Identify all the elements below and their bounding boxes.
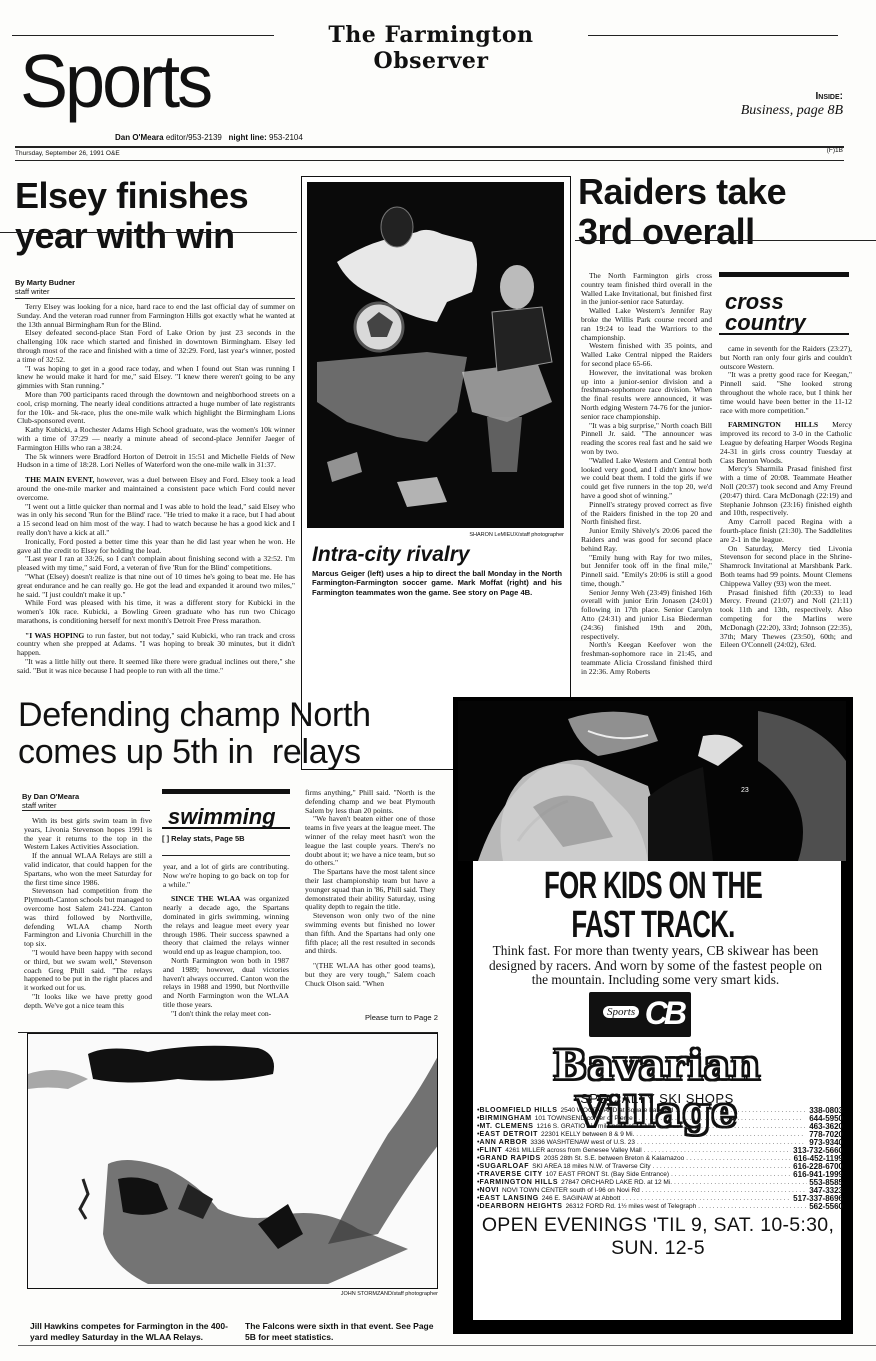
swim-column-3: firms anything," Phill said. "North is t… <box>305 789 435 989</box>
paragraph: While Ford was pleased with his time, it… <box>17 599 295 625</box>
swim-column-2: year, and a lot of girls are contributin… <box>163 863 289 1019</box>
paragraph: The Spartans have the most talent since … <box>305 868 435 912</box>
paragraph: FARMINGTON HILLS Mercy improved its reco… <box>720 421 852 465</box>
paragraph: Terry Elsey was looking for a nice, hard… <box>17 303 295 329</box>
masthead-rule-right <box>588 35 838 36</box>
raiders-column-2: came in seventh for the Raiders (23:27),… <box>720 345 852 650</box>
store-location: •MT. CLEMENS1216 S. GRATIOT ½ mile north… <box>477 1123 843 1131</box>
ad-headline-line1: FOR KIDS ON THE <box>517 867 789 906</box>
sig-word-line1: cross <box>725 291 849 312</box>
continued-on-page-link[interactable]: Please turn to Page 2 <box>305 1013 438 1022</box>
raiders-headline-line2: 3rd overall <box>578 212 868 252</box>
paragraph: "We haven't beaten either one of those t… <box>305 815 435 868</box>
night-line-phone: 953-2104 <box>269 133 303 142</box>
swim-headline-line2: comes up 5th in relays <box>18 734 448 771</box>
page-bottom-rule <box>18 1345 876 1346</box>
ad-copy: Think fast. For more than twenty years, … <box>483 944 828 988</box>
swim-caption-right: The Falcons were sixth in that event. Se… <box>245 1321 440 1343</box>
paragraph: "I WAS HOPING to run faster, but not tod… <box>17 632 295 658</box>
cb-logo-script: Sports <box>603 1006 639 1018</box>
editor-contact: Dan O'Meara editor/953-2139 night line: … <box>115 133 303 142</box>
paragraph: "I was hoping to get in a good race toda… <box>17 365 295 391</box>
soccer-photo-credit: SHARON LeMIEUX/staff photographer <box>307 532 564 538</box>
inside-label: Inside: <box>815 91 843 102</box>
soccer-photo-box: SHARON LeMIEUX/staff photographer Intra-… <box>301 176 571 770</box>
store-location: •BIRMINGHAM101 TOWNSEND corner of Pierce… <box>477 1115 843 1123</box>
paragraph: "I don't think the relay meet con- <box>163 1010 289 1019</box>
section-lead: "I WAS HOPING <box>25 631 84 640</box>
elsey-byline-rule <box>15 298 295 299</box>
dateline-rule-bottom <box>15 160 844 161</box>
dateline-rule-top <box>15 146 844 148</box>
paragraph: If the annual WLAA Relays are still a va… <box>24 852 152 887</box>
elsey-headline-strike-rule <box>0 232 297 233</box>
paragraph: firms anything," Phill said. "North is t… <box>305 789 435 815</box>
store-location: •FARMINGTON HILLS27847 ORCHARD LAKE RD. … <box>477 1179 843 1187</box>
soccer-players-image <box>307 182 564 528</box>
paragraph: "Last year I ran at 33:26, so I can't co… <box>17 555 295 573</box>
swim-article: Defending champ North comes up 5th in re… <box>18 697 448 771</box>
byline-name: By Marty Budner <box>15 278 295 287</box>
paragraph: North's Keegan Keefover won the freshman… <box>581 641 712 676</box>
inside-teaser-link[interactable]: Business, page 8B <box>741 103 843 119</box>
store-location: •NOVINOVI TOWN CENTER south of I-96 on N… <box>477 1187 843 1195</box>
paragraph: On Saturday, Mercy tied Livonia Stevenso… <box>720 545 852 589</box>
sig-word-line2: country <box>725 312 849 333</box>
paragraph: THE MAIN EVENT, however, was a duel betw… <box>17 476 295 502</box>
paragraph: The 5k winners were Bradford Horton of D… <box>17 453 295 471</box>
paragraph: Mercy's Sharmila Prasad finished first w… <box>720 465 852 518</box>
jacket-image <box>473 697 841 861</box>
cb-sports-logo: Sports CB <box>589 992 691 1037</box>
paragraph: SINCE THE WLAA was organized nearly a de… <box>163 895 289 957</box>
newspaper-name: The Farmington Observer <box>276 22 586 74</box>
paragraph: More than 700 participants raced through… <box>17 391 295 426</box>
store-location-list: •BLOOMFIELD HILLS2540 WOODWARD at Square… <box>477 1107 843 1211</box>
swimming-sig: swimming [ ] Relay stats, Page 5B <box>162 789 290 856</box>
swim-column-1: With its best girls swim team in five ye… <box>24 817 152 1011</box>
store-location: •TRAVERSE CITY107 EAST FRONT St. (Bay Si… <box>477 1171 843 1179</box>
paragraph: "Emily hung with Ray for two miles, but … <box>581 554 712 589</box>
night-line-label: night line: <box>229 133 267 142</box>
paragraph: "It was a big surprise," North coach Bil… <box>581 422 712 457</box>
store-hours: OPEN EVENINGS 'TIL 9, SAT. 10-5:30, SUN.… <box>475 1214 841 1260</box>
paragraph: Stevenson won only two of the nine swimm… <box>305 912 435 956</box>
section-lead: FARMINGTON HILLS <box>728 420 818 429</box>
editor-name: Dan O'Meara <box>115 133 164 142</box>
cb-skiwear-ad[interactable]: 23 FOR KIDS ON THE FAST TRACK. Think fas… <box>453 697 853 1333</box>
paragraph: Prasad finished fifth (20:33) to lead Me… <box>720 589 852 651</box>
sig-top-rule <box>162 789 290 794</box>
paragraph: Stevenson had competition from the Plymo… <box>24 887 152 949</box>
section-lead: SINCE THE WLAA <box>171 894 240 903</box>
paragraph: "Walled Lake Western and Central both lo… <box>581 457 712 501</box>
ad-bottom-band <box>453 1320 853 1334</box>
paragraph: "It looks like we have pretty good depth… <box>24 993 152 1011</box>
swim-byline-rule <box>22 810 150 811</box>
paragraph: "I would have been happy with second or … <box>24 949 152 993</box>
raiders-column-1: The North Farmington girls cross country… <box>581 272 712 677</box>
store-location: •BLOOMFIELD HILLS2540 WOODWARD at Square… <box>477 1107 843 1115</box>
swimmer-image <box>28 1034 438 1289</box>
paragraph: North Farmington won both in 1987 and 19… <box>163 957 289 1010</box>
paragraph: Amy Carroll paced Regina with a fourth-p… <box>720 518 852 544</box>
paragraph: Western finished with 35 points, and Wal… <box>581 342 712 368</box>
paragraph: Ironically, Ford posted a better time th… <box>17 538 295 556</box>
elsey-headline-line2: year with win <box>15 216 300 256</box>
byline-title: staff writer <box>15 287 295 296</box>
swim-headline-line1: Defending champ North <box>18 697 448 734</box>
paragraph: The North Farmington girls cross country… <box>581 272 712 307</box>
dateline: Thursday, September 26, 1991 O&E <box>15 150 120 157</box>
soccer-photo <box>307 182 564 528</box>
swim-caption-left: Jill Hawkins competes for Farmington in … <box>30 1321 230 1343</box>
sig-top-rule <box>719 272 849 277</box>
soccer-caption-text: Marcus Geiger (left) uses a hip to direc… <box>312 569 562 597</box>
paragraph: However, the invitational was broken up … <box>581 369 712 422</box>
sig-divider <box>162 855 290 856</box>
ad-headline-line2: FAST TRACK. <box>517 906 789 945</box>
store-tagline: SPECIALTY SKI SHOPS <box>473 1091 841 1106</box>
paragraph: "What (Elsey) doesn't realize is that ni… <box>17 573 295 599</box>
elsey-article: Elsey finishes year with win <box>15 176 300 256</box>
store-location: •SUGARLOAFSKI AREA 18 miles N.W. of Trav… <box>477 1163 843 1171</box>
paragraph: year, and a lot of girls are contributin… <box>163 863 289 889</box>
paragraph: "It was a pretty good race for Keegan," … <box>720 371 852 415</box>
paragraph: Walled Lake Western's Jennifer Ray broke… <box>581 307 712 342</box>
section-title: Sports <box>20 44 210 120</box>
raiders-headline-line1: Raiders take <box>578 172 868 212</box>
store-location: •FLINT4261 MILLER across from Genesee Va… <box>477 1147 843 1155</box>
cb-logo-letters: CB <box>645 995 683 1032</box>
store-location: •GRAND RAPIDS2035 28th St. S.E. between … <box>477 1155 843 1163</box>
byline-name: By Dan O'Meara <box>22 792 152 801</box>
elsey-byline: By Marty Budner staff writer <box>15 278 295 296</box>
relay-stats-link[interactable]: [ ] Relay stats, Page 5B <box>162 834 290 843</box>
paragraph: With its best girls swim team in five ye… <box>24 817 152 852</box>
elsey-headline-line1: Elsey finishes <box>15 176 300 216</box>
sig-word: swimming <box>168 806 290 827</box>
cross-country-sig: cross country <box>719 272 849 334</box>
store-location: •EAST DETROIT22301 KELLY between 8 & 9 M… <box>477 1131 843 1139</box>
paragraph: Kathy Kubicki, a Rochester Adams High Sc… <box>17 426 295 452</box>
paragraph: Senior Jenny Weh (23:49) finished 16th o… <box>581 589 712 642</box>
paragraph: Pinnell's strategy proved correct as fiv… <box>581 501 712 527</box>
swim-byline: By Dan O'Meara staff writer <box>22 792 152 810</box>
swim-photo-credit: JOHN STORMZAND/staff photographer <box>27 1291 438 1297</box>
store-location: •DEARBORN HEIGHTS26312 FORD Rd. 1½ miles… <box>477 1203 843 1211</box>
soccer-caption-headline: Intra-city rivalry <box>312 543 470 567</box>
byline-title: staff writer <box>22 801 152 810</box>
raiders-headline-strike-rule <box>575 240 876 241</box>
page-number: (F)1B <box>827 147 843 154</box>
paragraph: Elsey defeated second-place Stan Ford of… <box>17 329 295 364</box>
store-location: •ANN ARBOR3336 WASHTENAW west of U.S. 23… <box>477 1139 843 1147</box>
paragraph: Junior Emily Shively's 20:06 paced the R… <box>581 527 712 553</box>
masthead-rule-left <box>12 35 274 36</box>
elsey-body: Terry Elsey was looking for a nice, hard… <box>17 303 295 676</box>
paragraph: came in seventh for the Raiders (23:27),… <box>720 345 852 371</box>
section-lead: THE MAIN EVENT, <box>25 475 94 484</box>
store-location: •EAST LANSING246 E. SAGINAW at Abbott...… <box>477 1195 843 1203</box>
paragraph: "I went out a little quicker than normal… <box>17 503 295 538</box>
paragraph: "It was a little hilly out there. It see… <box>17 658 295 676</box>
swim-photo <box>27 1033 438 1289</box>
editor-phone: editor/953-2139 <box>166 133 222 142</box>
paragraph: "(THE WLAA has other good teams), but th… <box>305 962 435 988</box>
